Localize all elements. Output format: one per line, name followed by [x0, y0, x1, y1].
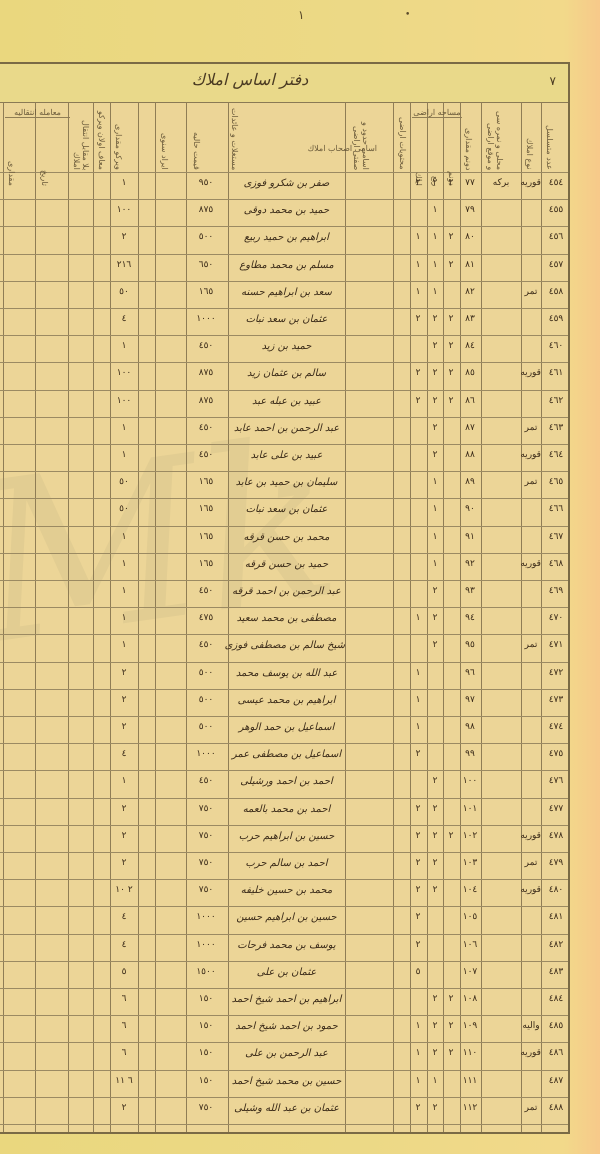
cell-no: ٤٦٨	[543, 559, 569, 569]
cell-tax: ١	[110, 640, 138, 650]
cell-dunam: ١١٢	[460, 1103, 480, 1113]
ledger-row: ٤٧٥٩٩٢اسماعيل بن مصطفى عمر١٠٠٠٤	[0, 743, 568, 770]
cell-c: ٢	[410, 858, 426, 868]
cell-tax: ١	[110, 178, 138, 188]
cell-b: ٢	[427, 776, 443, 786]
cell-b: ١	[427, 559, 443, 569]
cell-dunam: ٩٧	[460, 695, 480, 705]
cell-no: ٤٧٠	[543, 613, 569, 623]
ledger-row: ٤٧٦١٠٠٢احمد بن احمد ورشيلى٤٥٠١	[0, 770, 568, 797]
cell-c: ٢	[410, 804, 426, 814]
ledger-row: ٤٦٣تمر٨٧٢عبد الرحمن بن احمد عابد٤٥٠١	[0, 417, 568, 444]
cell-value: ١٥٠	[186, 994, 226, 1004]
cell-tax: ١	[110, 613, 138, 623]
cell-dunam: ١١٠	[460, 1048, 480, 1058]
cell-tax: ١٠٠	[110, 205, 138, 215]
ledger-row: ٤٨٥واليه١٠٩٢٢١حمود بن احمد شيخ احمد١٥٠٦	[0, 1015, 568, 1042]
cell-owner: حمود بن احمد شيخ احمد	[228, 1021, 345, 1032]
cell-b: ٢	[427, 1021, 443, 1031]
cell-dunam: ٩٨	[460, 722, 480, 732]
cell-value: ٤٥٠	[186, 450, 226, 460]
cell-value: ٨٧٥	[186, 205, 226, 215]
cell-no: ٤٦٩	[543, 586, 569, 596]
ledger-row: ٤٨١١٠٥٢حسين بن ابراهيم حسين١٠٠٠٤	[0, 906, 568, 933]
cell-owner: حسين بن ابراهيم حرب	[228, 831, 345, 842]
cell-c: ١	[410, 613, 426, 623]
cell-value: ٥٠٠	[186, 722, 226, 732]
ledger-row: ٤٦٨قوريه٩٢١حميد بن حسن قرقه١٦٥١	[0, 553, 568, 580]
cell-c: ٢	[410, 831, 426, 841]
cell-no: ٤٨٦	[543, 1048, 569, 1058]
cell-value: ١٦٥	[186, 477, 226, 487]
cell-no: ٤٧٢	[543, 668, 569, 678]
ledger-row: ٤٦٠٨٤٢٢حميد بن زيد٤٥٠١	[0, 335, 568, 362]
ledger-row: ٤٧٤٩٨١اسماعيل بن حمد الوهر٥٠٠٢	[0, 716, 568, 743]
ledger-row: ٤٨٢١٠٦٢يوسف بن محمد فرحات١٠٠٠٤	[0, 934, 568, 961]
ledger-row: ٤٧٧١٠١٢٢احمد بن محمد بالعمه٧٥٠٢	[0, 798, 568, 825]
grid-hline	[0, 1124, 568, 1125]
cell-c: ١	[410, 722, 426, 732]
cell-tax: ٢	[110, 858, 138, 868]
cell-b: ١	[427, 477, 443, 487]
cell-owner: محمد بن حسن قرقه	[228, 532, 345, 543]
cell-a: ٢	[443, 831, 459, 841]
cell-a: ٢	[443, 1048, 459, 1058]
cell-value: ١٥٠	[186, 1048, 226, 1058]
cell-a: ٢	[443, 314, 459, 324]
cell-c: ١	[410, 668, 426, 678]
cell-tax: ١	[110, 450, 138, 460]
cell-type: تمر	[521, 287, 541, 297]
cell-value: ٧٥٠	[186, 804, 226, 814]
cell-no: ٤٦١	[543, 368, 569, 378]
cell-dunam: ٩٦	[460, 668, 480, 678]
ledger-row: ٤٨٧١١١١١حسين بن محمد شيخ احمد١٥٠٦ ١١	[0, 1070, 568, 1097]
cell-type: تمر	[521, 477, 541, 487]
cell-tax: ٥٠	[110, 287, 138, 297]
cell-owner: عثمان بن عبد الله وشيلى	[228, 1103, 345, 1114]
cell-tax: ٤	[110, 940, 138, 950]
cell-dunam: ١٠٣	[460, 858, 480, 868]
ledger-row: ٤٦٧٩١١محمد بن حسن قرقه١٦٥١	[0, 526, 568, 553]
cell-a: ٢	[443, 178, 459, 188]
cell-no: ٤٨٢	[543, 940, 569, 950]
cell-type: قوريه	[521, 559, 541, 569]
cell-b: ٢	[427, 368, 443, 378]
cell-owner: سالم بن عثمان زيد	[228, 368, 345, 379]
cell-dunam: ٨٨	[460, 450, 480, 460]
cell-owner: احمد بن محمد بالعمه	[228, 804, 345, 815]
cell-owner: عبيد بن عبله عبد	[228, 396, 345, 407]
cell-dunam: ١٠١	[460, 804, 480, 814]
cell-value: ٤٥٠	[186, 586, 226, 596]
cell-no: ٤٥٦	[543, 232, 569, 242]
ledger-row: ٤٦٢٨٦٢٢٢عبيد بن عبله عبد٨٧٥١٠٠	[0, 390, 568, 417]
column-header-location: محلى و نمره سى و موقع اراضى	[486, 106, 504, 170]
cell-tax: ١	[110, 776, 138, 786]
cell-type: تمر	[521, 858, 541, 868]
cell-dunam: ١٠٨	[460, 994, 480, 1004]
page-number: ٧	[550, 74, 556, 88]
cell-owner: مسلم بن محمد مطاوع	[228, 260, 345, 271]
cell-b: ١	[427, 232, 443, 242]
subgroup-header: مساحه اراضى	[412, 108, 462, 118]
cell-type: تمر	[521, 423, 541, 433]
ledger-row: ٤٦١قوريه٨٥٢٢٢سالم بن عثمان زيد٨٧٥١٠٠	[0, 362, 568, 389]
cell-owner: سعد بن ابراهيم حسنه	[228, 287, 345, 298]
ledger-row: ٤٦٦٩٠١عثمان بن سعد نبات١٦٥٥٠	[0, 498, 568, 525]
cell-c: ٢	[410, 396, 426, 406]
cell-dunam: ٩٩	[460, 749, 480, 759]
cell-no: ٤٧٨	[543, 831, 569, 841]
cell-no: ٤٥٨	[543, 287, 569, 297]
cell-value: ١٥٠	[186, 1076, 226, 1086]
cell-no: ٤٦٣	[543, 423, 569, 433]
cell-no: ٤٦٠	[543, 341, 569, 351]
cell-tax: ٤	[110, 314, 138, 324]
cell-dunam: ١٠٢	[460, 831, 480, 841]
cell-tax: ٢١٦	[110, 260, 138, 270]
cell-dunam: ١٠٥	[460, 912, 480, 922]
cell-tax: ١	[110, 532, 138, 542]
cell-tax: ١	[110, 341, 138, 351]
cell-b: ١	[427, 287, 443, 297]
cell-tax: ٢	[110, 722, 138, 732]
cell-value: ٤٥٠	[186, 640, 226, 650]
cell-owner: مصطفى بن محمد سعيد	[228, 613, 345, 624]
cell-b: ٢	[427, 450, 443, 460]
cell-tax: ٢	[110, 1103, 138, 1113]
cell-type: قوريه	[521, 1048, 541, 1058]
cell-dunam: ٨٧	[460, 423, 480, 433]
cell-tax: ٦	[110, 1048, 138, 1058]
cell-dunam: ٨١	[460, 260, 480, 270]
cell-a: ٢	[443, 232, 459, 242]
cell-value: ٤٧٥	[186, 613, 226, 623]
cell-type: قوريه	[521, 831, 541, 841]
cell-dunam: ١٠٤	[460, 885, 480, 895]
cell-value: ٤٥٠	[186, 423, 226, 433]
cell-no: ٤٨٥	[543, 1021, 569, 1031]
cell-owner: عبيد بن على عابد	[228, 450, 345, 461]
cell-owner: حميد بن زيد	[228, 341, 345, 352]
column-header-estimated_value: مستغلات و عائدات	[230, 106, 239, 170]
cell-no: ٤٧٩	[543, 858, 569, 868]
ledger-row: ٤٧٢٩٦١عبد الله بن يوسف محمد٥٠٠٢	[0, 662, 568, 689]
cell-dunam: ١٠٧	[460, 967, 480, 977]
cell-owner: ابراهيم بن حميد ربيع	[228, 232, 345, 243]
cell-dunam: ٩٥	[460, 640, 480, 650]
cell-a: ٢	[443, 368, 459, 378]
cell-c: ٢	[410, 885, 426, 895]
cell-value: ١٠٠٠	[186, 314, 226, 324]
cell-value: ١٦٥	[186, 532, 226, 542]
cell-c: ١	[410, 695, 426, 705]
cell-b: ٢	[427, 885, 443, 895]
cell-tax: ٥٠	[110, 477, 138, 487]
cell-owner: عبد الرحمن بن على	[228, 1048, 345, 1059]
cell-dunam: ٨٥	[460, 368, 480, 378]
cell-owner: عبد الرحمن بن احمد قرقه	[228, 586, 345, 597]
cell-tax: ١	[110, 586, 138, 596]
cell-owner: حسين بن محمد شيخ احمد	[228, 1076, 345, 1087]
cell-dunam: ٩٣	[460, 586, 480, 596]
cell-owner: عثمان بن على	[228, 967, 345, 978]
cell-dunam: ٧٧	[460, 178, 480, 188]
cell-no: ٤٨٠	[543, 885, 569, 895]
ledger-row: ٤٨٨تمر١١٢٢٢عثمان بن عبد الله وشيلى٧٥٠٢	[0, 1097, 568, 1124]
cell-c: ١	[410, 1048, 426, 1058]
cell-b: ١	[427, 532, 443, 542]
cell-tax: ٤	[110, 912, 138, 922]
cell-c: ١	[410, 1021, 426, 1031]
cell-no: ٤٨٧	[543, 1076, 569, 1086]
cell-dunam: ١٠٩	[460, 1021, 480, 1031]
cell-owner: صفر بن شكرو فوزى	[228, 178, 345, 189]
cell-b: ٢	[427, 994, 443, 1004]
cell-tax: ٥٠	[110, 504, 138, 514]
cell-a: ٢	[443, 1021, 459, 1031]
cell-b: ٢	[427, 613, 443, 623]
cell-no: ٤٨١	[543, 912, 569, 922]
cell-b: ٢	[427, 858, 443, 868]
cell-tax: ٢ ١٠	[110, 885, 138, 895]
cell-value: ٧٥٠	[186, 1103, 226, 1113]
cell-dunam: ٨٦	[460, 396, 480, 406]
cell-value: ٤٥٠	[186, 341, 226, 351]
cell-tax: ٦	[110, 1021, 138, 1031]
cell-b: ١	[427, 205, 443, 215]
cell-loc: بركه	[481, 178, 521, 188]
ledger-row: ٤٨٤١٠٨٢٢ابراهيم بن احمد شيخ احمد١٥٠٦	[0, 988, 568, 1015]
cell-no: ٤٦٢	[543, 396, 569, 406]
cell-no: ٤٨٣	[543, 967, 569, 977]
cell-dunam: ٨٠	[460, 232, 480, 242]
cell-tax: ١٠٠	[110, 368, 138, 378]
cell-dunam: ٨٤	[460, 341, 480, 351]
cell-b: ٢	[427, 314, 443, 324]
cell-tax: ٦	[110, 994, 138, 1004]
cell-tax: ٢	[110, 668, 138, 678]
cell-c: ٢	[410, 940, 426, 950]
ledger-row: ٤٦٤قوريه٨٨٢عبيد بن على عابد٤٥٠١	[0, 444, 568, 471]
cell-type: قوريه	[521, 178, 541, 188]
cell-value: ١٠٠٠	[186, 749, 226, 759]
cell-no: ٤٧٤	[543, 722, 569, 732]
cell-owner: حميد بن حسن قرقه	[228, 559, 345, 570]
cell-value: ١٥٠	[186, 1021, 226, 1031]
ledger-row: ٤٦٥تمر٨٩١سليمان بن حميد بن عابد١٦٥٥٠	[0, 471, 568, 498]
cell-owner: اسماعيل بن مصطفى عمر	[228, 749, 345, 760]
cell-b: ٢	[427, 396, 443, 406]
cell-owner: عثمان بن سعد نبات	[228, 504, 345, 515]
cell-owner: يوسف بن محمد فرحات	[228, 940, 345, 951]
ledger-title: دفتر اساس املاك	[150, 70, 350, 89]
ledger-row: ٤٥٧٨١٢١١مسلم بن محمد مطاوع٦٥٠٢١٦	[0, 254, 568, 281]
cell-tax: ١	[110, 559, 138, 569]
cell-no: ٤٦٧	[543, 532, 569, 542]
column-header-dunam: دونم مقدارى	[464, 106, 473, 170]
ledger-row: ٤٥٥٧٩١حميد بن محمد دوقى٨٧٥١٠٠	[0, 199, 568, 226]
cell-tax: ٢	[110, 232, 138, 242]
cell-c: ١	[410, 1076, 426, 1086]
cell-b: ٢	[427, 1048, 443, 1058]
ledger-page-scan: ١ • Mk دفتر اساس املاك ٧ عدد متسلسلنوع ا…	[0, 0, 600, 1154]
cell-dunam: ٨٩	[460, 477, 480, 487]
cell-owner: عبد الرحمن بن احمد عابد	[228, 423, 345, 434]
cell-c: ١	[410, 287, 426, 297]
cell-b: ١	[427, 504, 443, 514]
column-header-row_no: عدد متسلسل	[545, 106, 554, 170]
cell-c: ٢	[410, 368, 426, 378]
top-mark: ١	[298, 8, 304, 22]
ledger-row: ٤٧٩تمر١٠٣٢٢احمد بن سالم حرب٧٥٠٢	[0, 852, 568, 879]
cell-c: ٢	[410, 749, 426, 759]
cell-b: ٢	[427, 341, 443, 351]
cell-b: ٢	[427, 586, 443, 596]
cell-no: ٤٦٤	[543, 450, 569, 460]
cell-owner: حسين بن ابراهيم حسين	[228, 912, 345, 923]
cell-owner: عثمان بن سعد نبات	[228, 314, 345, 325]
cell-owner: ابراهيم بن محمد عيسى	[228, 695, 345, 706]
cell-value: ٦٥٠	[186, 260, 226, 270]
cell-owner: ابراهيم بن احمد شيخ احمد	[228, 994, 345, 1005]
ledger-row: ٤٨٣١٠٧٥عثمان بن على١٥٠٠٥	[0, 961, 568, 988]
ledger-row: ٤٦٩٩٣٢عبد الرحمن بن احمد قرقه٤٥٠١	[0, 580, 568, 607]
cell-value: ٤٥٠	[186, 776, 226, 786]
cell-no: ٤٦٥	[543, 477, 569, 487]
cell-c: ١	[410, 232, 426, 242]
cell-value: ٧٥٠	[186, 885, 226, 895]
cell-c: ٥	[410, 967, 426, 977]
cell-no: ٤٦٦	[543, 504, 569, 514]
cell-dunam: ٧٩	[460, 205, 480, 215]
cell-a: ٢	[443, 396, 459, 406]
cell-tax: ١٠٠	[110, 396, 138, 406]
cell-value: ٧٥٠	[186, 831, 226, 841]
cell-b: ٢	[427, 423, 443, 433]
cell-value: ١٠٠٠	[186, 912, 226, 922]
cell-dunam: ١٠٠	[460, 776, 480, 786]
cell-type: قوريه	[521, 450, 541, 460]
ledger-row: ٤٧٠٩٤٢١مصطفى بن محمد سعيد٤٧٥١	[0, 607, 568, 634]
cell-c: ٢	[410, 178, 426, 188]
cell-no: ٤٥٧	[543, 260, 569, 270]
cell-a: ٢	[443, 994, 459, 1004]
cell-b: ١	[427, 260, 443, 270]
cell-c: ٢	[410, 1103, 426, 1113]
cell-value: ١٦٥	[186, 559, 226, 569]
cell-no: ٤٥٩	[543, 314, 569, 324]
cell-value: ٨٧٥	[186, 396, 226, 406]
title-band: دفتر اساس املاك ٧	[0, 64, 568, 103]
cell-value: ١٥٠٠	[186, 967, 226, 977]
column-header-fee: بلا مقابل انتقال املاك	[72, 106, 90, 170]
cell-tax: ٢	[110, 695, 138, 705]
cell-type: تمر	[521, 640, 541, 650]
cell-value: ١٦٥	[186, 287, 226, 297]
ledger-row: ٤٥٦٨٠٢١١ابراهيم بن حميد ربيع٥٠٠٢	[0, 226, 568, 253]
cell-tax: ١	[110, 423, 138, 433]
ledger-row: ٤٥٩٨٣٢٢٢عثمان بن سعد نبات١٠٠٠٤	[0, 308, 568, 335]
cell-owner: احمد بن سالم حرب	[228, 858, 345, 869]
column-header-value: قيمت حاليه	[192, 106, 201, 170]
cell-value: ٨٧٥	[186, 368, 226, 378]
cell-value: ٩٥٠	[186, 178, 226, 188]
cell-value: ١٦٥	[186, 504, 226, 514]
cell-owner: شيخ سالم بن مصطفى فوزى	[228, 640, 345, 651]
cell-dunam: ٨٣	[460, 314, 480, 324]
column-header-revenue: ايراد سنوى	[160, 106, 169, 170]
cell-a: ٢	[443, 260, 459, 270]
cell-c: ٢	[410, 314, 426, 324]
cell-no: ٤٧٥	[543, 749, 569, 759]
cell-no: ٤٨٨	[543, 1103, 569, 1113]
cell-c: ٢	[410, 912, 426, 922]
cell-dunam: ٩١	[460, 532, 480, 542]
cell-tax: ٢	[110, 831, 138, 841]
ledger-row: ٤٥٤قوريهبركه٧٧٢٢٢صفر بن شكرو فوزى٩٥٠١	[0, 172, 568, 199]
ledger-row: ٤٥٨تمر٨٢١١سعد بن ابراهيم حسنه١٦٥٥٠	[0, 281, 568, 308]
cell-a: ٢	[443, 341, 459, 351]
ledger-row: ٤٧١تمر٩٥٢شيخ سالم بن مصطفى فوزى٤٥٠١	[0, 634, 568, 661]
cell-value: ٥٠٠	[186, 668, 226, 678]
cell-dunam: ١١١	[460, 1076, 480, 1086]
cell-type: واليه	[521, 1021, 541, 1031]
cell-owner: احمد بن احمد ورشيلى	[228, 776, 345, 787]
cell-b: ٢	[427, 831, 443, 841]
cell-dunam: ٩٢	[460, 559, 480, 569]
cell-no: ٤٧٦	[543, 776, 569, 786]
cell-dunam: ٩٠	[460, 504, 480, 514]
column-header-property_type: نوع املاك	[525, 106, 534, 170]
cell-no: ٤٥٥	[543, 205, 569, 215]
cell-type: قوريه	[521, 368, 541, 378]
cell-b: ٢	[427, 640, 443, 650]
cell-tax: ٤	[110, 749, 138, 759]
cell-b: ٢	[427, 178, 443, 188]
cell-no: ٤٨٤	[543, 994, 569, 1004]
ledger-row: ٤٧٣٩٧١ابراهيم بن محمد عيسى٥٠٠٢	[0, 689, 568, 716]
cell-no: ٤٧١	[543, 640, 569, 650]
cell-no: ٤٥٤	[543, 178, 569, 188]
column-header-land_value: محتويات اراضى	[398, 106, 407, 170]
cell-no: ٤٧٧	[543, 804, 569, 814]
cell-type: قوريه	[521, 885, 541, 895]
cell-tax: ٦ ١١	[110, 1076, 138, 1086]
cell-value: ١٠٠٠	[186, 940, 226, 950]
cell-value: ٥٠٠	[186, 232, 226, 242]
column-header-tax: ويركو مقدارى	[114, 106, 123, 170]
ledger-row: ٤٧٨قوريه١٠٢٢٢٢حسين بن ابراهيم حرب٧٥٠٢	[0, 825, 568, 852]
cell-dunam: ٨٢	[460, 287, 480, 297]
ledger-row: ٤٨٦قوريه١١٠٢٢١عبد الرحمن بن على١٥٠٦	[0, 1042, 568, 1069]
cell-owner: عبد الله بن يوسف محمد	[228, 668, 345, 679]
cell-owner: محمد بن حسين خليفه	[228, 885, 345, 896]
cell-value: ٥٠٠	[186, 695, 226, 705]
cell-no: ٤٧٣	[543, 695, 569, 705]
cell-b: ٢	[427, 804, 443, 814]
cell-dunam: ١٠٦	[460, 940, 480, 950]
cell-tax: ٢	[110, 804, 138, 814]
column-header-exempt: معاف اولان ويركو	[97, 106, 106, 170]
cell-c: ١	[410, 260, 426, 270]
cell-b: ١	[427, 1076, 443, 1086]
cell-dunam: ٩٤	[460, 613, 480, 623]
cell-value: ٧٥٠	[186, 858, 226, 868]
cell-tax: ٥	[110, 967, 138, 977]
cell-b: ٢	[427, 1103, 443, 1113]
